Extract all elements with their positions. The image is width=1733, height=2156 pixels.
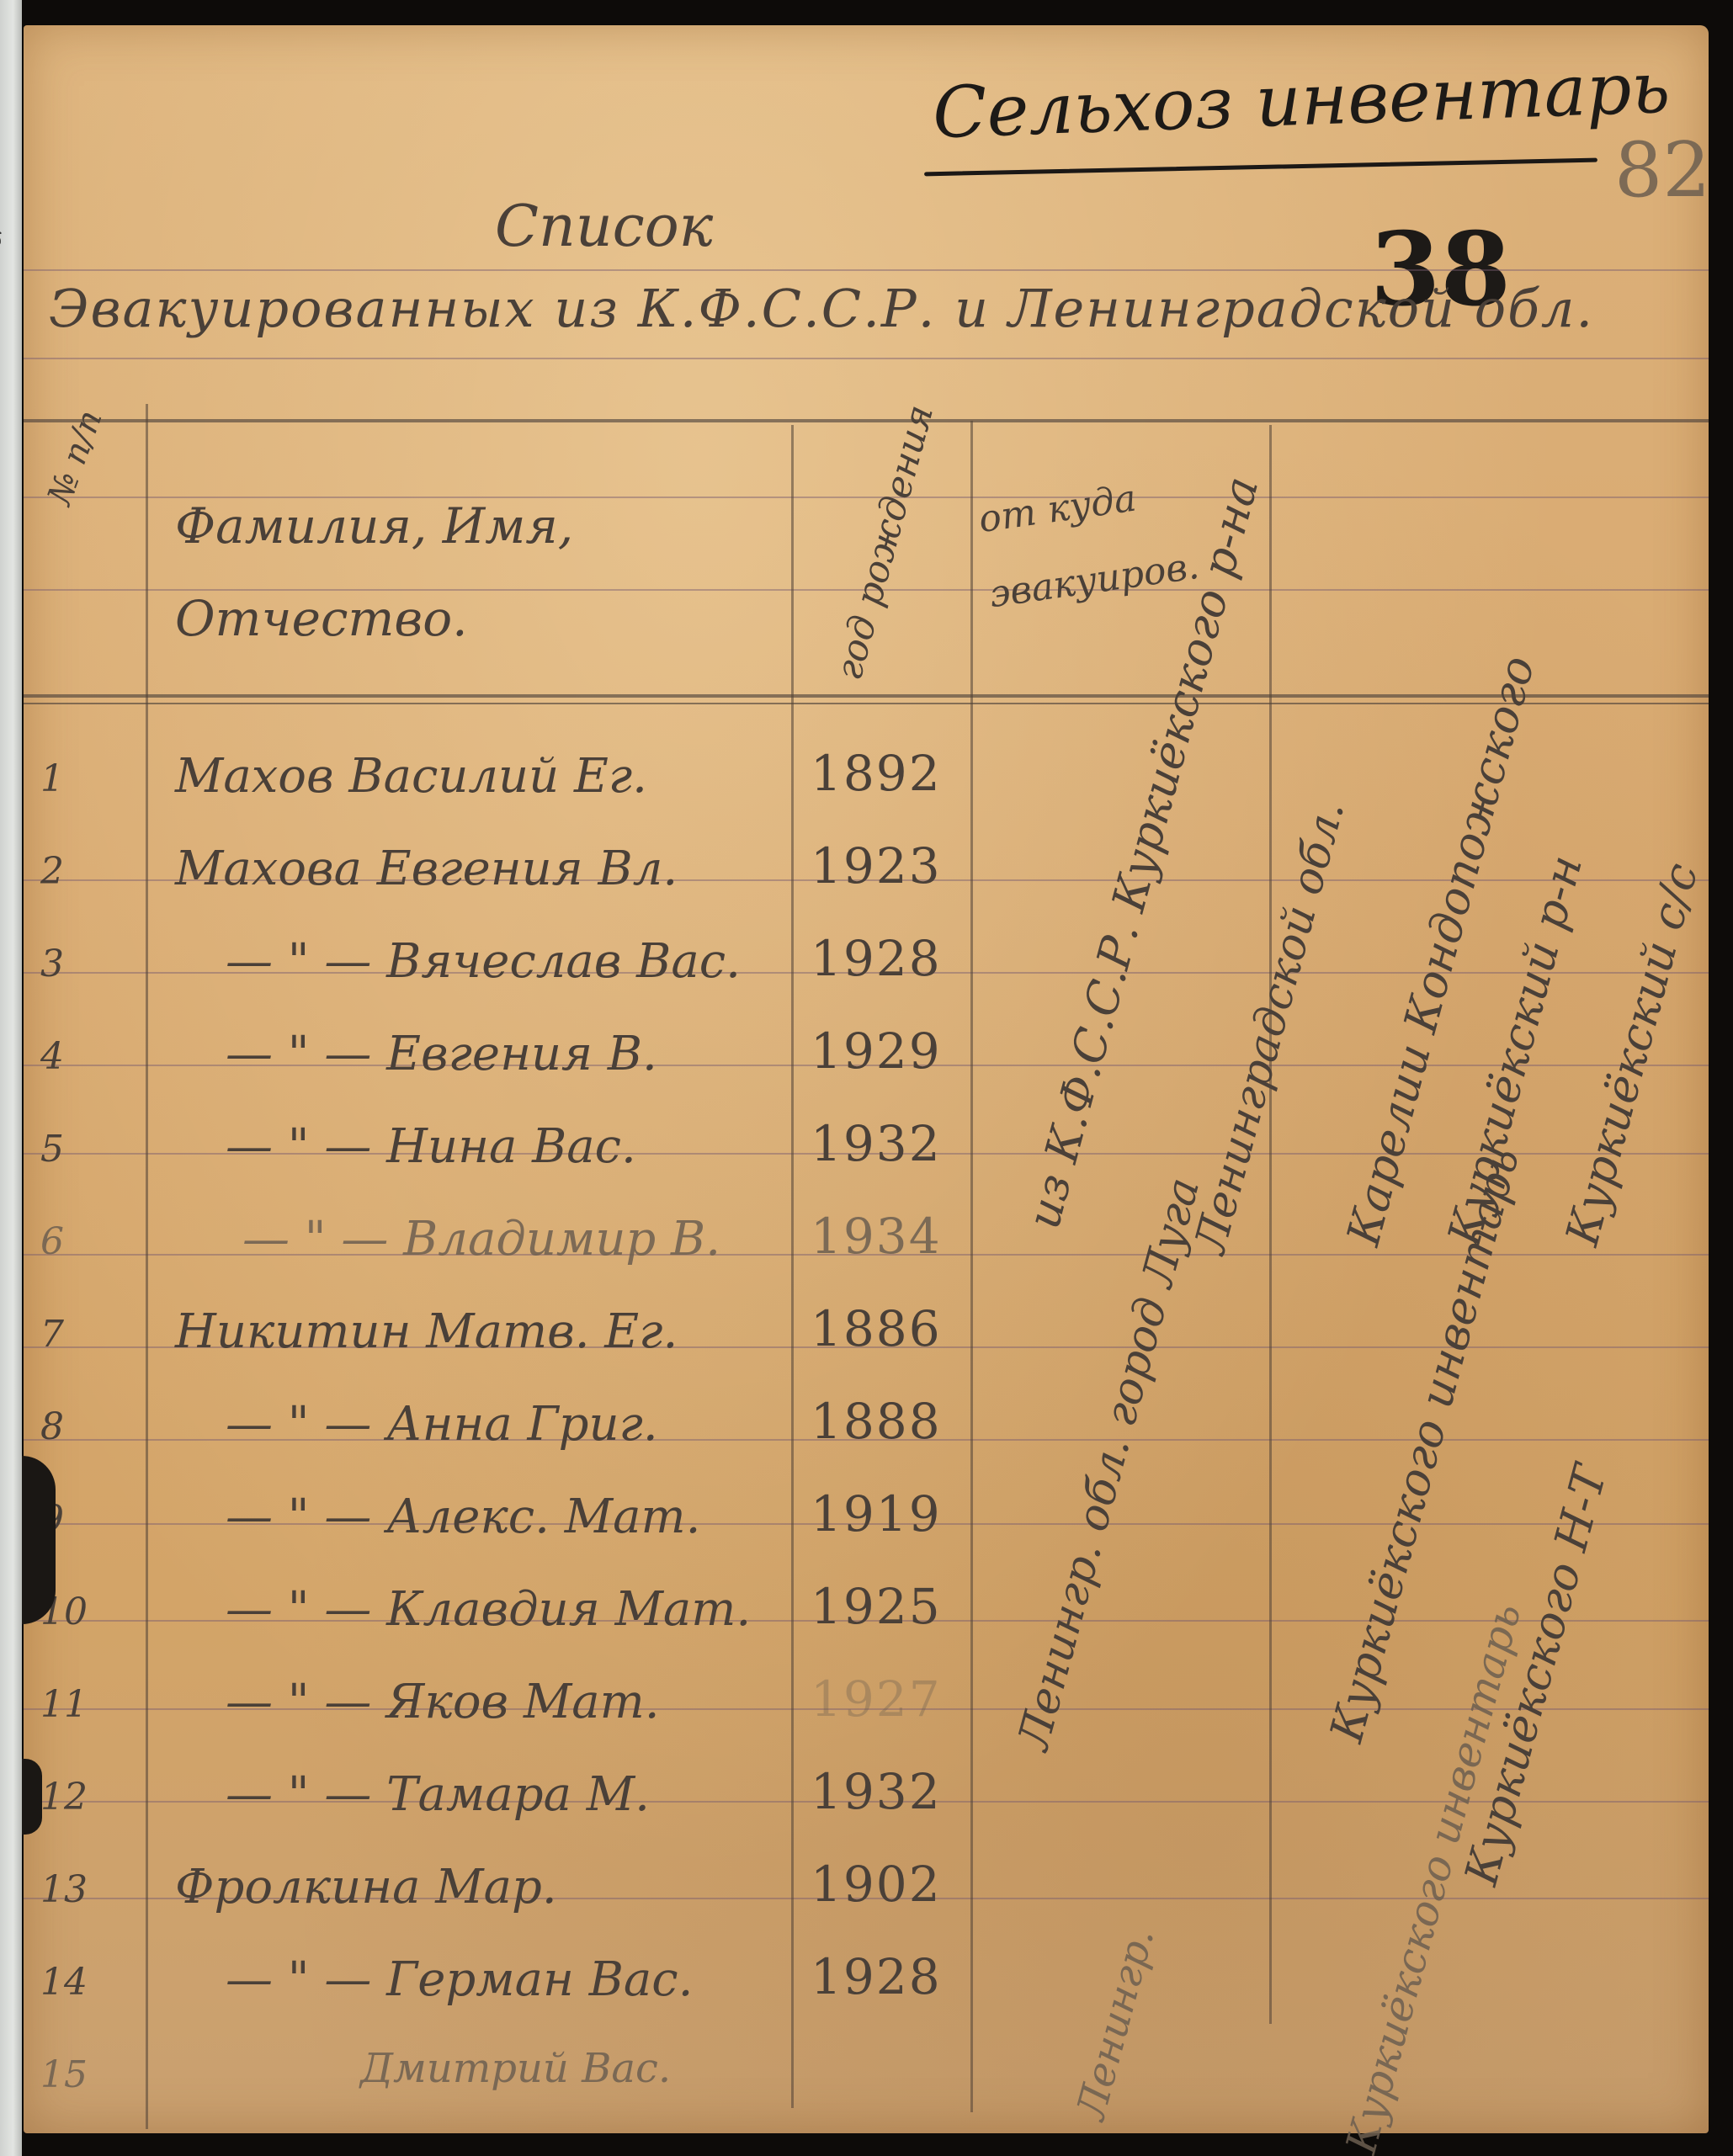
- torn-edge: [22, 1759, 42, 1835]
- table-row: 1 Махов Василий Ег. 1892: [24, 741, 970, 833]
- row-year: 1928: [811, 1948, 942, 2005]
- row-number: 6: [40, 1220, 64, 1263]
- row-year: 1927: [811, 1670, 942, 1728]
- table-row: 2 Махова Евгения Вл. 1923: [24, 833, 970, 926]
- spine-mark: 43: [0, 227, 3, 247]
- row-name: Махов Василий Ег.: [175, 749, 647, 804]
- row-number: 8: [40, 1405, 64, 1448]
- row-name: — " — Нина Вас.: [226, 1119, 636, 1174]
- document-subtitle: Эвакуированных из К.Ф.С.С.Р. и Ленинград…: [49, 278, 1594, 339]
- row-year: 1932: [811, 1763, 942, 1820]
- table-row: 13 Фролкина Мар. 1902: [24, 1851, 970, 1944]
- sheet-number-pencil: 82: [1614, 126, 1711, 215]
- table-row: 8 — " — Анна Григ. 1888: [24, 1389, 970, 1481]
- row-name: — " — Клавдия Мат.: [226, 1582, 751, 1637]
- row-name: Никитин Матв. Ег.: [175, 1304, 678, 1359]
- row-number: 2: [40, 850, 64, 893]
- row-year: 1932: [811, 1115, 942, 1172]
- row-year: 1888: [811, 1393, 942, 1450]
- row-number: 7: [40, 1313, 64, 1356]
- row-year: 1902: [811, 1856, 942, 1913]
- table-row: 14 — " — Герман Вас. 1928: [24, 1944, 970, 2037]
- row-year: 1919: [811, 1485, 942, 1543]
- row-name: — " — Евгения В.: [226, 1027, 657, 1081]
- table-row: 15 Дмитрий Вас.: [24, 2037, 970, 2129]
- table-row: 10 — " — Клавдия Мат. 1925: [24, 1574, 970, 1666]
- table-row: 6 — " — Владимир В. 1934: [24, 1203, 970, 1296]
- table-row: 12 — " — Тамара М. 1932: [24, 1759, 970, 1851]
- table-row: 3 — " — Вячеслав Вас. 1928: [24, 926, 970, 1018]
- row-name: — " — Алекс. Мат.: [226, 1490, 700, 1544]
- row-year: 1892: [811, 745, 942, 802]
- binding-spine: 43: [0, 0, 22, 2156]
- table-row: 11 — " — Яков Мат. 1927: [24, 1666, 970, 1759]
- row-name: — " — Яков Мат.: [226, 1675, 660, 1729]
- column-header-name: Фамилия, Имя, Отчество.: [175, 480, 781, 665]
- row-number: 13: [40, 1868, 88, 1911]
- row-name: — " — Герман Вас.: [226, 1952, 693, 2007]
- row-number: 15: [40, 2053, 88, 2096]
- row-number: 12: [40, 1776, 88, 1819]
- document-page: Сельхоз инвентарь 82 Список 38 Эвакуиров…: [24, 25, 1709, 2133]
- row-year: 1923: [811, 837, 942, 895]
- row-year: 1928: [811, 930, 942, 987]
- row-name: Дмитрий Вас.: [360, 2045, 671, 2092]
- column-header-birth-year: год рождения: [827, 401, 942, 684]
- row-number: 5: [40, 1128, 64, 1171]
- row-year: 1886: [811, 1300, 942, 1357]
- table-row: 7 Никитин Матв. Ег. 1886: [24, 1296, 970, 1389]
- row-year: 1925: [811, 1578, 942, 1635]
- archive-heading: Сельхоз инвентарь: [932, 46, 1672, 155]
- row-number: 4: [40, 1035, 64, 1078]
- row-name: — " — Вячеслав Вас.: [226, 934, 741, 989]
- table-row: 9 — " — Алекс. Мат. 1919: [24, 1481, 970, 1574]
- origin-note: Ленингр.: [1067, 1923, 1163, 2124]
- row-name: — " — Анна Григ.: [226, 1397, 658, 1452]
- row-number: 11: [40, 1683, 88, 1726]
- row-name: — " — Владимир В.: [242, 1212, 720, 1267]
- torn-edge: [22, 1456, 56, 1624]
- row-year: 1934: [811, 1208, 942, 1265]
- row-number: 14: [40, 1961, 88, 2004]
- document-title: Список: [495, 194, 713, 260]
- row-name: — " — Тамара М.: [226, 1767, 650, 1822]
- origin-note: Ленингр. обл. город Луга: [1008, 1172, 1209, 1755]
- row-name: Махова Евгения Вл.: [175, 842, 678, 896]
- row-year: 1929: [811, 1022, 942, 1080]
- table-row: 4 — " — Евгения В. 1929: [24, 1018, 970, 1111]
- row-number: 3: [40, 943, 64, 985]
- table-row: 5 — " — Нина Вас. 1932: [24, 1111, 970, 1203]
- heading-underline: [924, 158, 1597, 177]
- row-number: 1: [40, 757, 64, 800]
- row-name: Фролкина Мар.: [175, 1860, 557, 1914]
